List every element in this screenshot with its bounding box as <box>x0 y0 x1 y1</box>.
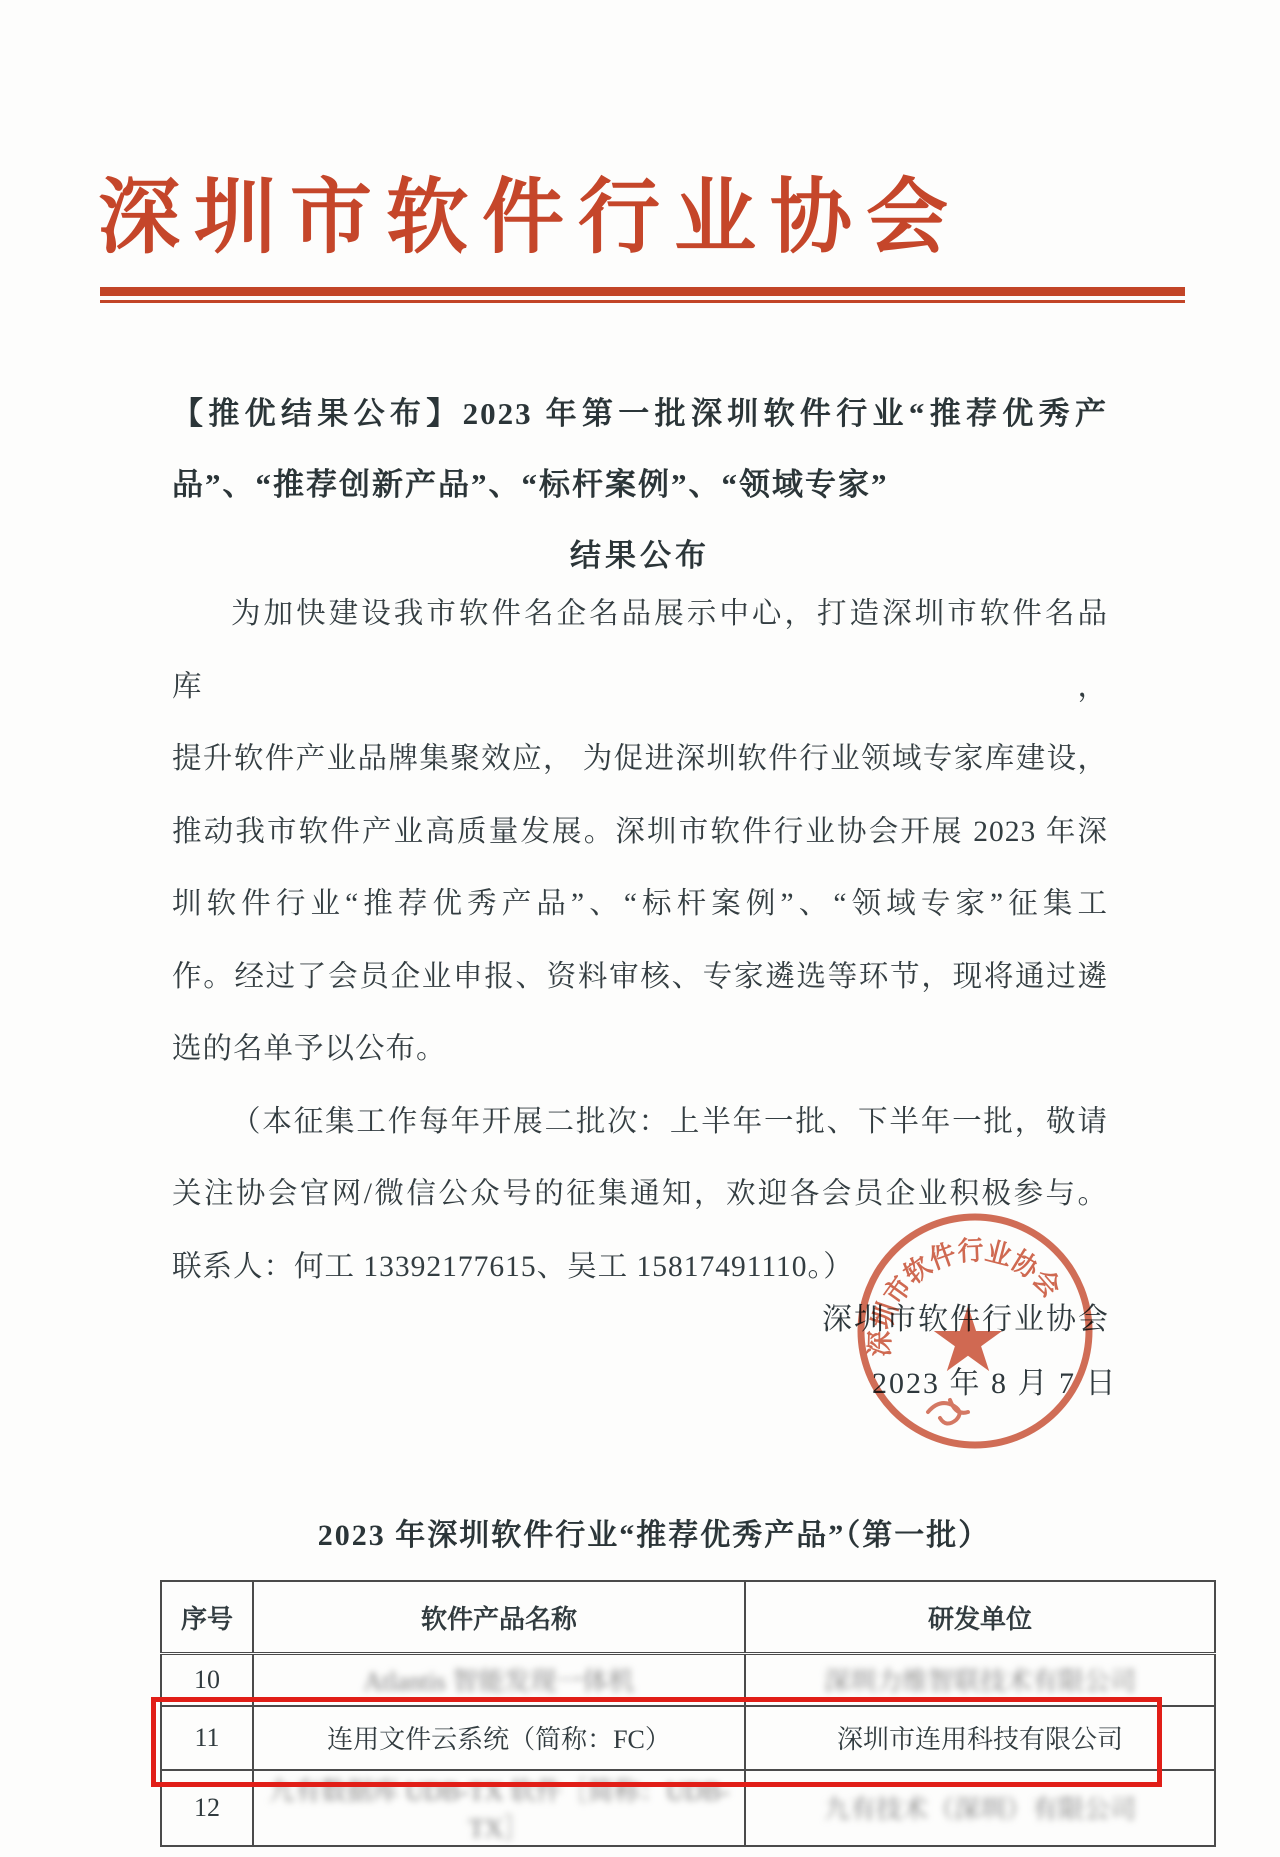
seal-bottom-flourish <box>928 1400 968 1424</box>
body-line: 选的名单予以公布。 <box>172 1013 1108 1086</box>
letterhead-title: 深圳市软件行业协会 <box>0 152 1060 269</box>
official-seal-stamp: 深圳市软件行业协会 <box>850 1206 1100 1456</box>
body-line: 提升软件产业品牌集聚效应， 为促进深圳软件行业领域专家库建设， <box>172 723 1108 796</box>
body-line: 圳软件行业“推荐优秀产品”、“标杆案例”、“领域专家”征集工 <box>172 868 1108 941</box>
column-header-no: 序号 <box>161 1581 253 1654</box>
body-line: （本征集工作每年开展二批次：上半年一批、下半年一批，敬请 <box>172 1086 1108 1159</box>
highlight-red-box <box>151 1697 1162 1787</box>
notice-body: 为加快建设我市软件名企名品展示中心，打造深圳市软件名品库， 提升软件产业品牌集聚… <box>172 578 1108 1303</box>
letterhead-rule-thin <box>100 300 1185 303</box>
body-line: 推动我市软件产业高质量发展。深圳市软件行业协会开展 2023 年深 <box>172 796 1108 869</box>
heading-line-2: 品”、“推荐创新产品”、“标杆案例”、“领域专家” <box>172 449 1108 520</box>
notice-heading: 【推优结果公布】2023 年第一批深圳软件行业“推荐优秀产 品”、“推荐创新产品… <box>172 378 1108 591</box>
column-header-company: 研发单位 <box>745 1581 1215 1654</box>
table-header-row: 序号 软件产品名称 研发单位 <box>161 1581 1215 1654</box>
heading-line-1: 【推优结果公布】2023 年第一批深圳软件行业“推荐优秀产 <box>172 378 1108 449</box>
seal-star-icon <box>934 1306 1002 1371</box>
body-line: 为加快建设我市软件名企名品展示中心，打造深圳市软件名品库， <box>172 578 1108 723</box>
table-title: 2023 年深圳软件行业“推荐优秀产品”（第一批） <box>160 1510 1148 1554</box>
document-page: 深圳市软件行业协会 【推优结果公布】2023 年第一批深圳软件行业“推荐优秀产 … <box>0 0 1280 1857</box>
column-header-product: 软件产品名称 <box>253 1581 745 1654</box>
letterhead-rule-thick <box>100 287 1185 296</box>
body-line: 作。经过了会员企业申报、资料审核、专家遴选等环节，现将通过遴 <box>172 941 1108 1014</box>
